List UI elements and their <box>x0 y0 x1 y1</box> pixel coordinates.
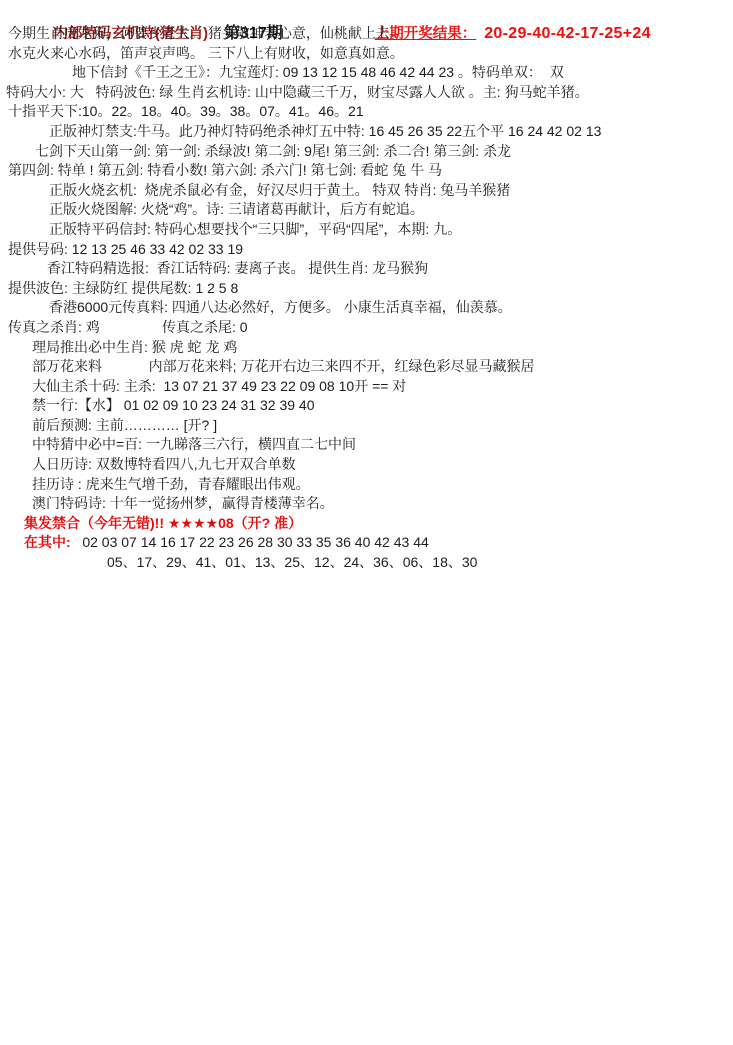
daxian-kill-line: 大仙主杀十码: 主杀: 13 07 21 37 49 23 22 09 08 1… <box>0 377 733 397</box>
fax-kill-line: 传真之杀肖: 鸡 传真之杀尾: 0 <box>0 318 733 338</box>
poem-line-1-seg-0: 今期生肖虎龙狗，何要少老大。 猪头敬神表心意，仙桃献上去。 <box>8 25 404 41</box>
magic-lamp-line: 正版神灯禁支:牛马。此乃神灯特码绝杀神灯五中特: 16 45 26 35 22五… <box>0 122 733 142</box>
macau-poem-line: 澳门特码诗: 十年一觉扬州梦，赢得青楼薄幸名。 <box>0 494 733 514</box>
sure-win-zodiac-line-seg-0: 理局推出必中生肖: 猴 虎 蛇 龙 鸡 <box>32 339 237 355</box>
seven-swords-line-1: 七剑下天山第一剑: 第一剑: 杀绿波! 第二剑: 9尾! 第三剑: 杀二合! 第… <box>0 142 733 162</box>
included-numbers-line: 在其中: 02 03 07 14 16 17 22 23 26 28 30 33… <box>0 533 733 553</box>
special-flat-code-line-seg-0: 正版特平码信封: 特码心想要找个“三只脚”，平码“四尾”，本期: 九。 <box>49 221 461 237</box>
fax-6000-line: 香港6000元传真料: 四通八达必然好，方便多。 小康生活真幸福，仙羡慕。 <box>0 298 733 318</box>
wall-calendar-line-seg-0: 挂历诗 : 虎来生气增千劲，青春耀眼出伟观。 <box>32 476 310 492</box>
fax-6000-line-seg-0: 香港6000元传真料: 四通八达必然好，方便多。 小康生活真幸福，仙羡慕。 <box>49 299 512 315</box>
included-numbers-line-2: 05、17、29、41、01、13、25、12、24、36、06、18、30 <box>0 553 733 573</box>
poem-line-2: 水克火来心水码，笛声哀声鸣。 三下八上有财收，如意真如意。 <box>0 44 733 64</box>
last-draw-result-numbers: 20-29-40-42-17-25+24 <box>484 25 651 42</box>
jifa-alert-line-seg-0: 集发禁合（今年无错)!! ★★★★08（开? 准） <box>24 515 302 531</box>
seven-swords-line-2: 第四剑: 特单 ! 第五剑: 特看小数! 第六剑: 杀六门! 第七剑: 看蛇 兔… <box>0 161 733 181</box>
included-numbers-line-seg-1: 02 03 07 14 16 17 22 23 26 28 30 33 35 3… <box>71 534 429 550</box>
mid-special-line-seg-0: 中特猜中必中=百: 一九睇落三六行，横四直二七中间 <box>32 436 356 452</box>
underground-letter-line: 地下信封《千王之王》：九宝莲灯: 09 13 12 15 48 46 42 44… <box>0 63 733 83</box>
text-lines-container: 今期生肖虎龙狗，何要少老大。 猪头敬神表心意，仙桃献上去。水克火来心水码，笛声哀… <box>0 24 733 573</box>
included-numbers-line-2-seg-0: 05、17、29、41、01、13、25、12、24、36、06、18、30 <box>107 554 477 570</box>
provided-numbers-line: 提供号码: 12 13 25 46 33 42 02 33 19 <box>0 240 733 260</box>
special-flat-code-line: 正版特平码信封: 特码心想要找个“三只脚”，平码“四尾”，本期: 九。 <box>0 220 733 240</box>
lottery-tip-sheet-page: 内部特码玄机诗(猜生肖)第317期上期开奖结果：20-29-40-42-17-2… <box>0 0 733 1045</box>
fire-mystery-line-seg-0: 正版火烧玄机: 烧虎杀鼠必有金，好汉尽归于黄土。 特双 特肖: 兔马羊猴猪 <box>49 182 510 198</box>
size-wave-line: 特码大小: 大 特码波色: 绿 生肖玄机诗: 山中隐藏三千万，财宝尽露人人欲 。… <box>0 83 733 103</box>
seven-swords-line-1-seg-0: 七剑下天山第一剑: 第一剑: 杀绿波! 第二剑: 9尾! 第三剑: 杀二合! 第… <box>35 143 511 159</box>
wanhua-line-seg-0: 部万花来料 内部万花来料; 万花开右边三来四不开，红绿色彩尽显马藏猴居 <box>32 358 534 374</box>
jifa-alert-line: 集发禁合（今年无错)!! ★★★★08（开? 准） <box>0 514 733 534</box>
fax-kill-line-seg-0: 传真之杀肖: 鸡 传真之杀尾: 0 <box>8 319 248 335</box>
xiangjiang-line-seg-0: 香江特码精选报: 香江话特码: 妻离子丧。 提供生肖: 龙马猴狗 <box>47 260 428 276</box>
forbidden-row-line: 禁一行:【水】 01 02 09 10 23 24 31 32 39 40 <box>0 396 733 416</box>
wave-color-line-seg-0: 提供波色: 主绿防红 提供尾数: 1 2 5 8 <box>8 280 238 296</box>
daxian-kill-line-seg-0: 大仙主杀十码: 主杀: 13 07 21 37 49 23 22 09 08 1… <box>32 378 406 394</box>
size-wave-line-seg-0: 特码大小: 大 特码波色: 绿 生肖玄机诗: 山中隐藏三千万，财宝尽露人人欲 。… <box>6 84 589 100</box>
sure-win-zodiac-line: 理局推出必中生肖: 猴 虎 蛇 龙 鸡 <box>0 338 733 358</box>
forecast-line-seg-0: 前后预测: 主前………… [开? ] <box>32 417 217 433</box>
poem-line-2-seg-0: 水克火来心水码，笛声哀声鸣。 三下八上有财收，如意真如意。 <box>8 45 404 61</box>
header: 内部特码玄机诗(猜生肖)第317期上期开奖结果：20-29-40-42-17-2… <box>0 2 733 23</box>
forbidden-row-line-seg-0: 禁一行:【水】 01 02 09 10 23 24 31 32 39 40 <box>32 397 315 413</box>
forecast-line: 前后预测: 主前………… [开? ] <box>0 416 733 436</box>
provided-numbers-line-seg-0: 提供号码: 12 13 25 46 33 42 02 33 19 <box>8 241 243 257</box>
fire-diagram-line: 正版火烧图解: 火烧“鸡”。诗: 三请诸葛再献计，后方有蛇追。 <box>0 200 733 220</box>
magic-lamp-line-seg-0: 正版神灯禁支:牛马。此乃神灯特码绝杀神灯五中特: 16 45 26 35 22五… <box>49 123 601 139</box>
mid-special-line: 中特猜中必中=百: 一九睇落三六行，横四直二七中间 <box>0 435 733 455</box>
wave-color-line: 提供波色: 主绿防红 提供尾数: 1 2 5 8 <box>0 279 733 299</box>
sheet-content: 内部特码玄机诗(猜生肖)第317期上期开奖结果：20-29-40-42-17-2… <box>0 2 733 573</box>
macau-poem-line-seg-0: 澳门特码诗: 十年一觉扬州梦，赢得青楼薄幸名。 <box>32 495 334 511</box>
included-numbers-line-seg-0: 在其中: <box>24 534 71 550</box>
ten-fingers-line: 十指平天下:10。22。18。40。39。38。07。41。46。21 <box>0 102 733 122</box>
fire-diagram-line-seg-0: 正版火烧图解: 火烧“鸡”。诗: 三请诸葛再献计，后方有蛇追。 <box>49 201 424 217</box>
wall-calendar-line: 挂历诗 : 虎来生气增千劲，青春耀眼出伟观。 <box>0 475 733 495</box>
calendar-poem-line-seg-0: 人日历诗: 双数博特看四八,九七开双合单数 <box>32 456 296 472</box>
xiangjiang-line: 香江特码精选报: 香江话特码: 妻离子丧。 提供生肖: 龙马猴狗 <box>0 259 733 279</box>
underground-letter-line-seg-0: 地下信封《千王之王》：九宝莲灯: 09 13 12 15 48 46 42 44… <box>72 64 564 80</box>
calendar-poem-line: 人日历诗: 双数博特看四八,九七开双合单数 <box>0 455 733 475</box>
wanhua-line: 部万花来料 内部万花来料; 万花开右边三来四不开，红绿色彩尽显马藏猴居 <box>0 357 733 377</box>
seven-swords-line-2-seg-0: 第四剑: 特单 ! 第五剑: 特看小数! 第六剑: 杀六门! 第七剑: 看蛇 兔… <box>8 162 442 178</box>
fire-mystery-line: 正版火烧玄机: 烧虎杀鼠必有金，好汉尽归于黄土。 特双 特肖: 兔马羊猴猪 <box>0 181 733 201</box>
ten-fingers-line-seg-0: 十指平天下:10。22。18。40。39。38。07。41。46。21 <box>8 103 364 119</box>
